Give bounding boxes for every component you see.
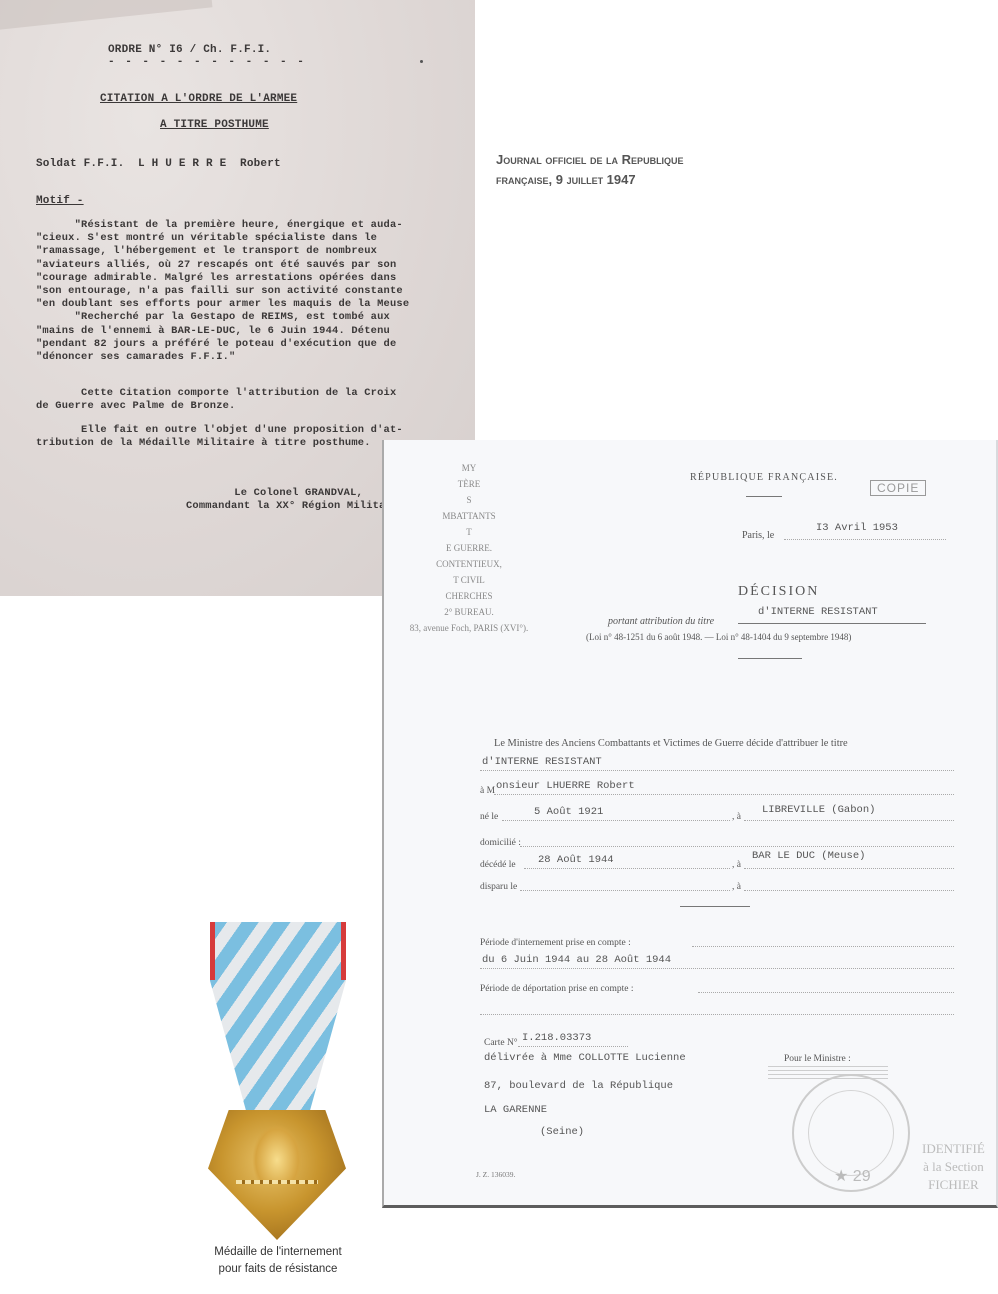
domicilie-label: domicilié : [480,838,521,848]
decision-date: I3 Avril 1953 [816,522,898,534]
disparu-a-label: , à [732,882,741,892]
ribbon-red-edge-right [341,922,346,980]
page-fold-shadow [0,0,212,32]
stamp-number: ★ 29 [834,1166,871,1186]
text-line: 2° BUREAU. [384,604,554,620]
citation-subtitle: A TITRE POSTHUME [160,119,269,132]
ink-dot [420,60,423,63]
ministry-header: MYTÈRESMBATTANTSTE GUERRE.CONTENTIEUX,T … [384,460,554,636]
decision-document: MYTÈRESMBATTANTSTE GUERRE.CONTENTIEUX,T … [382,440,998,1208]
ministry-round-stamp: ★ 29 [792,1074,910,1192]
medal-caption-line-1: Médaille de l'internement [194,1244,362,1261]
pour-le-ministre: Pour le Ministre : [784,1054,851,1064]
birth-date: 5 Août 1921 [534,806,603,818]
copie-stamp: COPIE [870,480,926,496]
text-line: E GUERRE. [384,540,554,556]
medal-caption-line-2: pour faits de résistance [194,1261,362,1278]
titre-value: d'INTERNE RESISTANT [758,606,878,618]
carte-label: Carte N° [484,1038,518,1048]
soldier-name: Soldat F.F.I. L H U E R R E Robert [36,158,281,171]
paris-le-label: Paris, le [742,530,774,541]
text-line: FICHIER [922,1176,985,1194]
print-reference: J. Z. 136039. [476,1170,515,1179]
republique-francaise: RÉPUBLIQUE FRANÇAISE. [690,472,838,483]
signature-block: Le Colonel GRANDVAL, Commandant la XX° R… [186,487,411,513]
text-line: T [384,524,554,540]
text-line: IDENTIFIÉ [922,1140,985,1158]
pentagon-medal [208,1110,346,1240]
text-line: 83, avenue Foch, PARIS (XVI°). [384,620,554,636]
periode-deportation-label: Période de déportation prise en compte : [480,984,634,994]
identifie-stamp: IDENTIFIÉà la SectionFICHIER [922,1140,985,1194]
birth-place: LIBREVILLE (Gabon) [762,804,875,816]
ne-a-label: , à [732,812,741,822]
order-underline: - - - - - - - - - - - - [108,56,306,69]
a-m-label: à M [480,786,495,796]
portant-attribution-label: portant attribution du titre [608,616,714,627]
caption-line-1: Journal officiel de la Republique [496,150,796,170]
death-date: 28 Août 1944 [538,854,614,866]
carte-number: I.218.03373 [522,1032,591,1044]
text-line: CONTENTIEUX, [384,556,554,572]
address-line-3: (Seine) [540,1126,584,1138]
text-line: S [384,492,554,508]
ribbon-red-edge-left [210,922,215,980]
death-place: BAR LE DUC (Meuse) [752,850,865,862]
motif-text: "Résistant de la première heure, énergiq… [36,219,409,364]
recipient-name: onsieur LHUERRE Robert [496,780,635,792]
periode-internement-value: du 6 Juin 1944 au 28 Août 1944 [482,954,671,966]
delivered-to: délivrée à Mme COLLOTTE Lucienne [484,1052,686,1064]
titre-field-value: d'INTERNE RESISTANT [482,756,602,768]
periode-internement-label: Période d'internement prise en compte : [480,938,631,948]
address-line-2: LA GARENNE [484,1104,547,1116]
text-line: MBATTANTS [384,508,554,524]
motif-label: Motif - [36,195,84,208]
text-line: à la Section [922,1158,985,1176]
loi-reference: (Loi n° 48-1251 du 6 août 1948. — Loi n°… [586,632,851,642]
disparu-le-label: disparu le [480,882,517,892]
medaille-militaire-text: Elle fait en outre l'objet d'une proposi… [36,424,403,450]
decede-le-label: décédé le [480,860,516,870]
medal-caption: Médaille de l'internement pour faits de … [194,1244,362,1278]
text-line: MY [384,460,554,476]
journal-officiel-caption: Journal officiel de la Republique frança… [496,150,796,190]
broken-chain-emblem [236,1180,318,1184]
citation-title: CITATION A L'ORDRE DE L'ARMEE [100,93,297,106]
address-line-1: 87, boulevard de la République [484,1080,673,1092]
caption-line-2: française, 9 juillet 1947 [496,170,796,190]
text-line: TÈRE [384,476,554,492]
ministre-decision-text: Le Ministre des Anciens Combattants et V… [494,738,848,749]
decede-a-label: , à [732,860,741,870]
flame-emblem [252,1124,302,1184]
ne-le-label: né le [480,812,498,822]
decision-title: DÉCISION [738,584,819,600]
medal-ribbon [210,922,346,1118]
text-line: CHERCHES [384,588,554,604]
text-line: T CIVIL [384,572,554,588]
medal-image: Médaille de l'internement pour faits de … [194,914,362,1288]
croix-de-guerre-text: Cette Citation comporte l'attribution de… [36,387,396,413]
